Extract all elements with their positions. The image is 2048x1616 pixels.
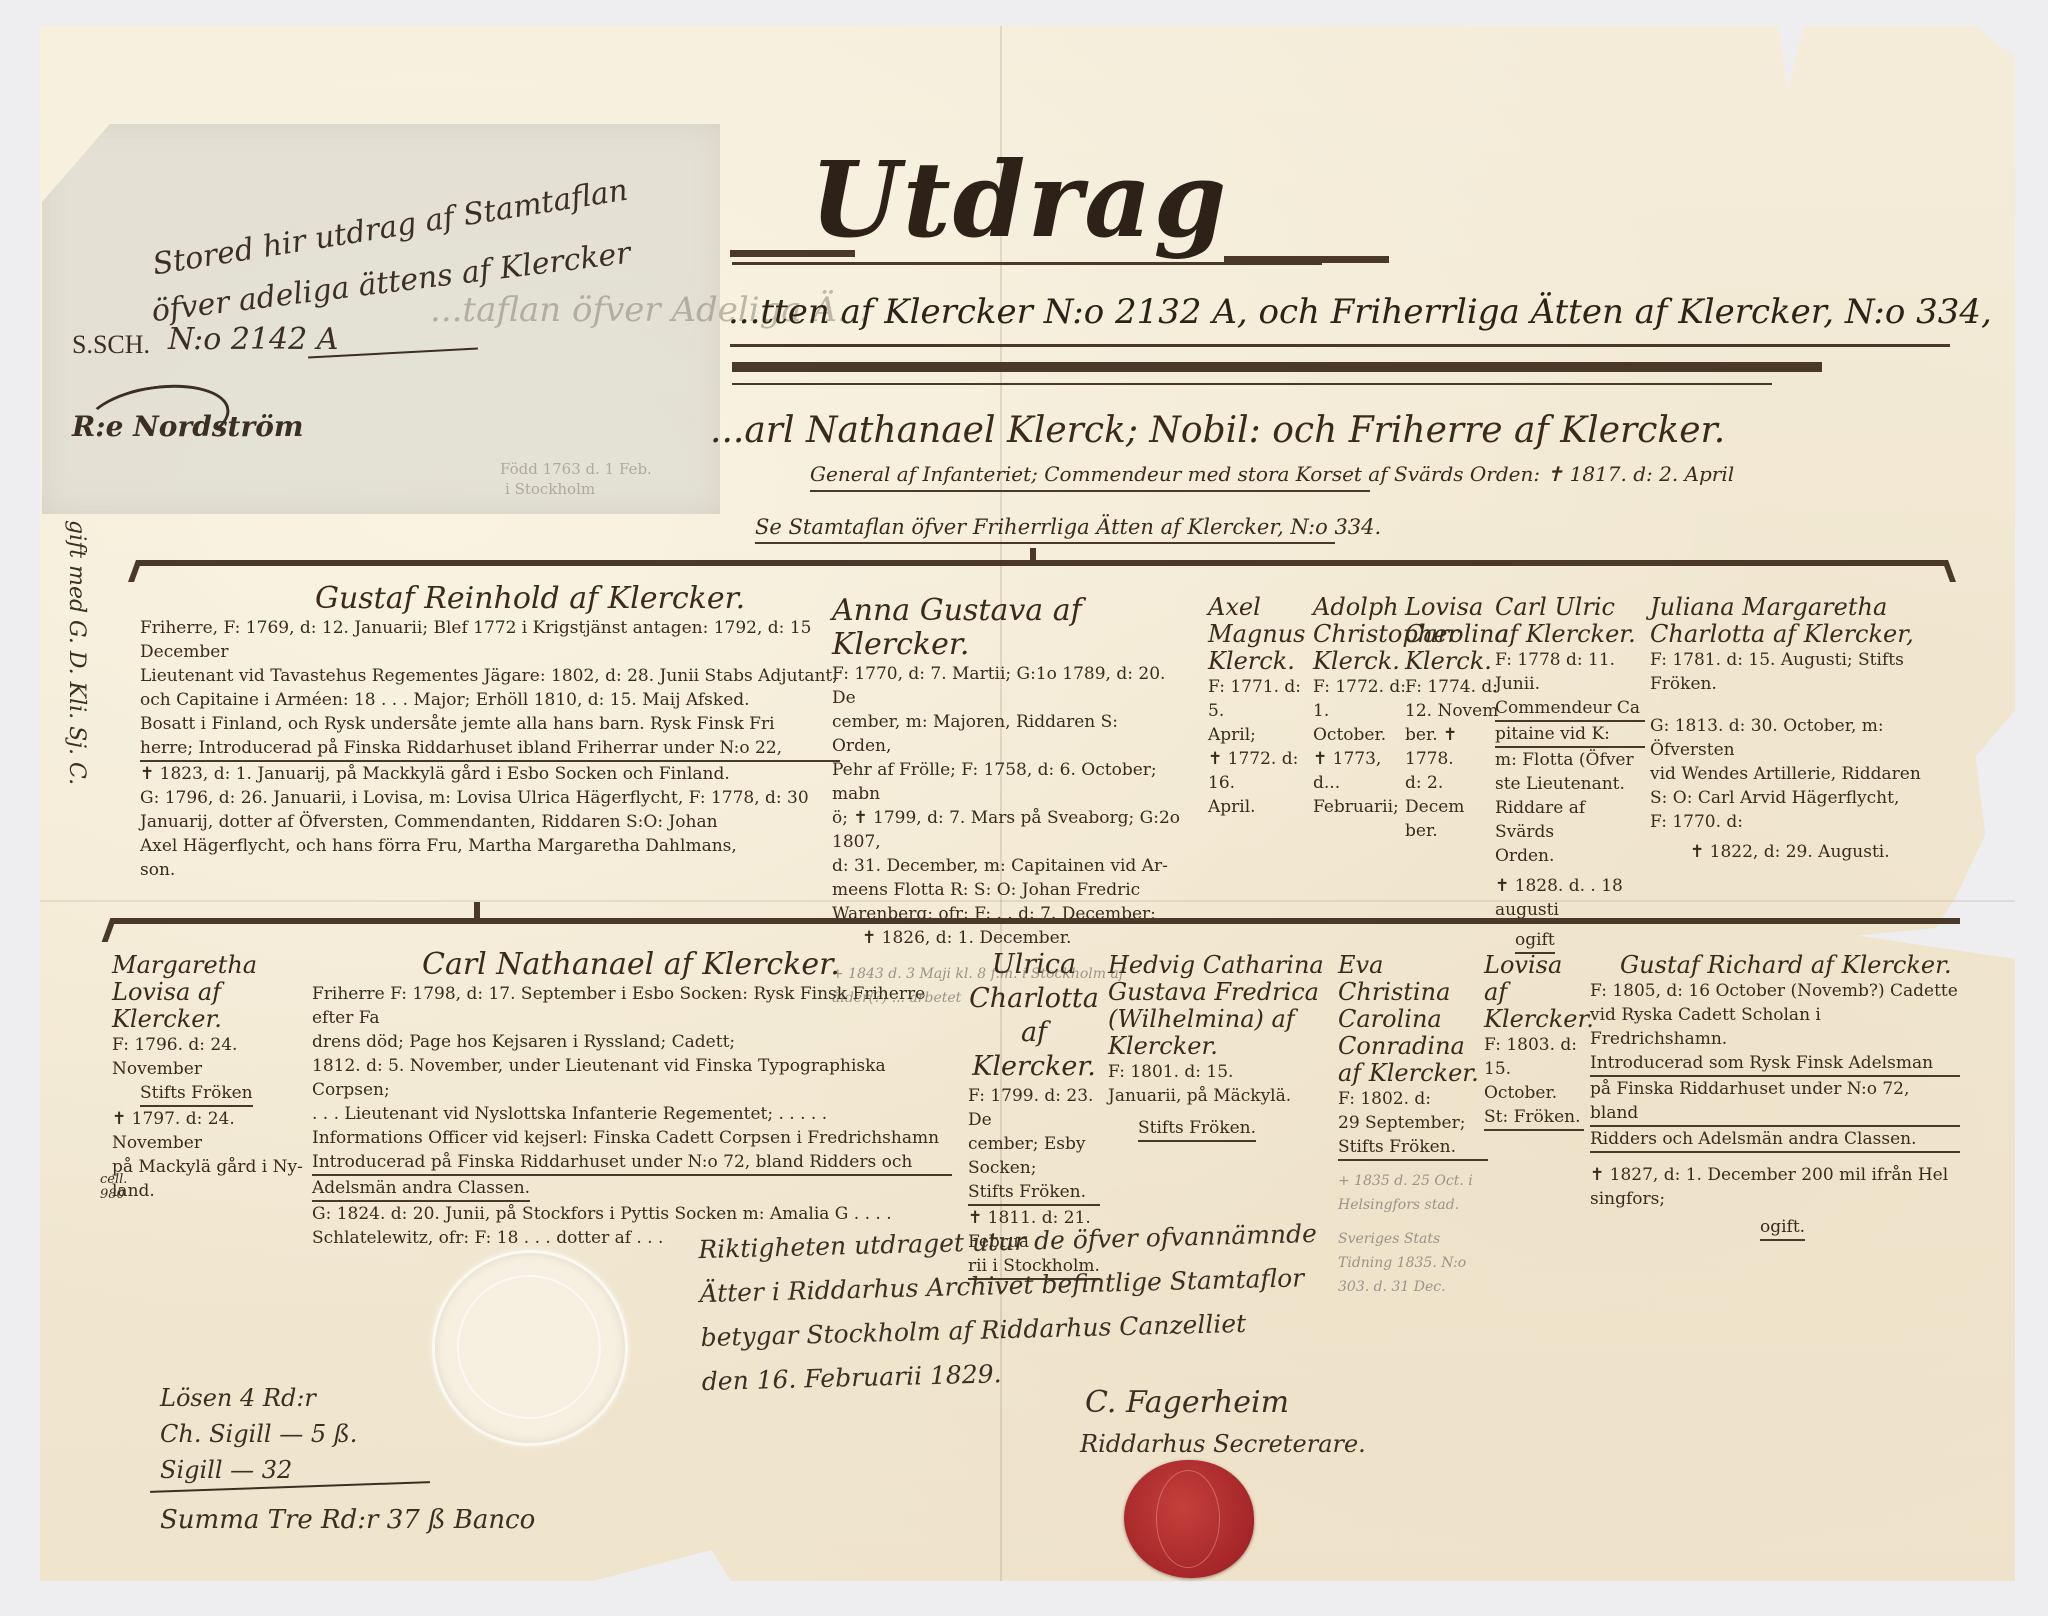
- tissue-stamp-ssch: S.SCH.: [72, 330, 150, 360]
- entry-line: ber. ✝ 1778.: [1405, 723, 1500, 771]
- entry-line: Lieutenant vid Tavastehus Regementes Jäg…: [140, 664, 840, 688]
- entry-line: Socken;: [968, 1156, 1100, 1180]
- subtitle-thin-rule: [732, 383, 1772, 385]
- entry-line: ✝ 1773, d...: [1313, 747, 1413, 795]
- entry-line: Pehr af Frölle; F: 1758, d: 6. October; …: [832, 758, 1182, 806]
- subtitle-underline: [730, 344, 1950, 347]
- fee-line: Lösen 4 Rd:r: [160, 1380, 357, 1416]
- entry-line: G: 1824. d: 20. Junii, på Stockfors i Py…: [312, 1202, 952, 1226]
- entry-line: och Capitaine i Arméen: 18 . . . Major; …: [140, 688, 840, 712]
- entry-line: Introducerad som Rysk Finsk Adelsman: [1590, 1051, 1960, 1077]
- entry-line: F: 1781. d: 15. Augusti; Stifts Fröken.: [1650, 648, 1950, 696]
- entry-line: F: 1805, d: 16 October (Novemb?) Cadette: [1590, 979, 1960, 1003]
- fees-block: Lösen 4 Rd:r Ch. Sigill — 5 ß. Sigill — …: [160, 1380, 357, 1488]
- tissue-number: N:o 2142 A: [168, 322, 338, 357]
- entry-status: ogift.: [1760, 1215, 1805, 1241]
- margin-note: gift med G. D. Kli. Sj. C.: [64, 520, 89, 785]
- gen2-bracket: [112, 918, 1960, 924]
- entry-line: vid Wendes Artillerie, Riddaren: [1650, 762, 1950, 786]
- entry-line: Friherre, F: 1769, d: 12. Januarii; Blef…: [140, 616, 840, 664]
- entry-line: d: 2. Decem: [1405, 771, 1500, 819]
- entry-line: Informations Officer vid kejserl: Finska…: [312, 1126, 952, 1150]
- entry-juliana-margaretha: Juliana Margaretha Charlotta af Klercker…: [1650, 594, 1950, 864]
- entry-line: ✝ 1772. d: 16.: [1208, 747, 1313, 795]
- entry-line: Ridders och Adelsmän andra Classen.: [1590, 1127, 1960, 1153]
- entry-line: Januarij, dotter af Öfversten, Commendan…: [140, 810, 840, 834]
- entry-name: Margaretha Lovisa af Klercker.: [112, 952, 312, 1033]
- entry-line: Axel Hägerflycht, och hans förra Fru, Ma…: [140, 834, 840, 858]
- entry-line: ✝ 1822, d: 29. Augusti.: [1650, 840, 1950, 864]
- entry-line: F: 1778 d: 11. Junii.: [1495, 648, 1645, 696]
- entry-name: Ulrica Charlotta af Klercker.: [968, 948, 1100, 1084]
- entry-line: F: 1774. d:: [1405, 675, 1500, 699]
- entry-line: 1812. d: 5. November, under Lieutenant v…: [312, 1054, 952, 1102]
- entry-line: herre; Introducerad på Finska Riddarhuse…: [140, 736, 840, 762]
- entry-adolph-christopher: Adolph Christopher Klerck. F: 1772. d: 1…: [1313, 594, 1413, 819]
- entry-line: April;: [1208, 723, 1313, 747]
- entry-line: Adelsmän andra Classen.: [312, 1176, 530, 1202]
- entry-gustaf-richard: Gustaf Richard af Klercker. F: 1805, d: …: [1590, 952, 1960, 1241]
- entry-line: 12. Novem: [1405, 699, 1500, 723]
- entry-line: son.: [140, 858, 840, 882]
- entry-name: Gustaf Reinhold af Klercker.: [140, 582, 840, 616]
- fees-total: Summa Tre Rd:r 37 ß Banco: [160, 1505, 535, 1535]
- entry-line: April.: [1208, 795, 1313, 819]
- entry-line: Riddare af Svärds: [1495, 796, 1645, 844]
- entry-line: Stifts Fröken: [140, 1081, 253, 1107]
- gen2-connector: [474, 902, 480, 918]
- entry-name: Carl Nathanael af Klercker.: [312, 948, 952, 982]
- entry-line: F: 1771. d: 5.: [1208, 675, 1313, 723]
- gen1-bracket: [138, 560, 1948, 566]
- entry-name: Axel Magnus Klerck.: [1208, 594, 1313, 675]
- entry-line: F: 1802. d:: [1338, 1087, 1488, 1111]
- entry-line: singfors;: [1590, 1187, 1960, 1211]
- entry-name: Eva Christina Carolina Conradina af Kler…: [1338, 952, 1488, 1087]
- entry-axel-magnus: Axel Magnus Klerck. F: 1771. d: 5. April…: [1208, 594, 1313, 819]
- entry-line: Commendeur Ca: [1495, 696, 1645, 722]
- entry-line: G: 1813. d: 30. October, m: Öfversten: [1650, 714, 1950, 762]
- entry-margaretha-lovisa: Margaretha Lovisa af Klercker. F: 1796. …: [112, 952, 312, 1203]
- entry-line: October.: [1484, 1081, 1584, 1105]
- entry-line: F: 1796. d: 24. November: [112, 1033, 312, 1081]
- entry-eva-christina: Eva Christina Carolina Conradina af Kler…: [1338, 952, 1488, 1299]
- entry-line: ö; ✝ 1799, d: 7. Mars på Sveaborg; G:2o …: [832, 806, 1182, 854]
- fee-line: Sigill — 32: [160, 1452, 357, 1488]
- entry-line: cember, m: Majoren, Riddaren S: Orden,: [832, 710, 1182, 758]
- entry-line: Orden.: [1495, 844, 1645, 868]
- entry-line: Januarii, på Mäckylä.: [1108, 1084, 1348, 1108]
- entry-lovisa-carolina: Lovisa Carolina Klerck. F: 1774. d: 12. …: [1405, 594, 1500, 843]
- entry-line: October.: [1313, 723, 1413, 747]
- entry-hedvig-catharina: Hedvig Catharina Gustava Fredrica (Wilhe…: [1108, 952, 1348, 1142]
- entry-line: ber.: [1405, 819, 1500, 843]
- entry-gustaf-reinhold: Gustaf Reinhold af Klercker. Friherre, F…: [140, 582, 840, 882]
- entry-line: Bosatt i Finland, och Rysk undersåte jem…: [140, 712, 840, 736]
- entry-line: F: 1799. d: 23. De: [968, 1084, 1100, 1132]
- entry-line: Stifts Fröken.: [968, 1180, 1100, 1206]
- entry-line: . . . Lieutenant vid Nyslottska Infanter…: [312, 1102, 952, 1126]
- tissue-signature-stamp: R:e Nordström: [72, 410, 304, 443]
- entry-line: G: 1796, d: 26. Januarii, i Lovisa, m: L…: [140, 786, 840, 810]
- document-title: Utdrag: [810, 138, 1228, 261]
- entry-name: Anna Gustava af Klercker.: [832, 594, 1182, 662]
- ancestor-name: ...arl Nathanael Klerck; Nobil: och Frih…: [710, 410, 1725, 451]
- entry-line: på Finska Riddarhuset under N:o 72, blan…: [1590, 1077, 1960, 1127]
- entry-line: ✝ 1826, d: 1. December.: [832, 926, 1182, 950]
- entry-line: Friherre F: 1798, d: 17. September i Esb…: [312, 982, 952, 1030]
- entry-line: F: 1772. d: 1.: [1313, 675, 1413, 723]
- tissue-faded-birth: Född 1763 d. 1 Feb.: [500, 460, 652, 478]
- entry-line: pitaine vid K:: [1495, 722, 1645, 748]
- entry-line: meens Flotta R: S: O: Johan Fredric: [832, 878, 1182, 902]
- entry-carl-nathanael: Carl Nathanael af Klercker. Friherre F: …: [312, 948, 952, 1250]
- attestation-signature: C. Fagerheim: [1085, 1385, 1289, 1420]
- entry-name: Hedvig Catharina Gustava Fredrica (Wilhe…: [1108, 952, 1348, 1060]
- entry-lovisa: Lovisa af Klercker. F: 1803. d: 15. Octo…: [1484, 952, 1584, 1131]
- ancestor-titles-underline: [810, 490, 1370, 492]
- subtitle-heavy-rule: [732, 362, 1822, 372]
- margin-small-note: cell. 980: [100, 1172, 150, 1202]
- entry-line: 29 September;: [1338, 1111, 1488, 1135]
- entry-name: Adolph Christopher Klerck.: [1313, 594, 1413, 675]
- title-rule-left: [730, 250, 855, 257]
- entry-line: Stifts Fröken.: [1338, 1135, 1488, 1161]
- entry-name: Carl Ulric af Klercker.: [1495, 594, 1645, 648]
- pencil-note: Sveriges Stats Tidning 1835. N:o 303. d.…: [1338, 1227, 1488, 1299]
- entry-line: F: 1770. d:: [1650, 810, 1950, 834]
- entry-line: F: 1770, d: 7. Martii; G:1o 1789, d: 20.…: [832, 662, 1182, 710]
- entry-line: F: 1801. d: 15.: [1108, 1060, 1348, 1084]
- entry-line: drens död; Page hos Kejsaren i Ryssland;…: [312, 1030, 952, 1054]
- entry-line: vid Ryska Cadett Scholan i Fredrichshamn…: [1590, 1003, 1960, 1051]
- red-wax-seal-icon: [1124, 1460, 1254, 1578]
- entry-name: Lovisa Carolina Klerck.: [1405, 594, 1500, 675]
- entry-name: Lovisa af Klercker.: [1484, 952, 1584, 1033]
- entry-carl-ulric: Carl Ulric af Klercker. F: 1778 d: 11. J…: [1495, 594, 1645, 954]
- entry-line: ✝ 1823, d: 1. Januarij, på Mackkylä gård…: [140, 762, 840, 786]
- entry-line: Februarii;: [1313, 795, 1413, 819]
- entry-name: Juliana Margaretha Charlotta af Klercker…: [1650, 594, 1950, 648]
- entry-line: d: 31. December, m: Capitainen vid Ar-: [832, 854, 1182, 878]
- ancestor-reference-underline: [755, 542, 1335, 544]
- entry-line: Stifts Fröken.: [1138, 1116, 1256, 1142]
- ancestor-titles: General af Infanteriet; Commendeur med s…: [810, 462, 1734, 486]
- entry-line: Introducerad på Finska Riddarhuset under…: [312, 1150, 952, 1176]
- fee-line: Ch. Sigill — 5 ß.: [160, 1416, 357, 1452]
- entry-line: ✝ 1797. d: 24. November: [112, 1107, 312, 1155]
- document-subtitle: ...tten af Klercker N:o 2132 A, och Frih…: [728, 292, 1992, 332]
- pencil-note: + 1835 d. 25 Oct. i Helsingfors stad.: [1338, 1169, 1488, 1217]
- entry-line: ste Lieutenant.: [1495, 772, 1645, 796]
- embossed-seal-icon: [432, 1250, 628, 1446]
- attestation-block: Riktigheten utdraget utur de öfver ofvan…: [698, 1212, 1321, 1404]
- attestation-signature-title: Riddarhus Secreterare.: [1080, 1430, 1366, 1458]
- entry-death: ✝ 1828. d. . 18 augusti: [1495, 874, 1645, 922]
- entry-line: ✝ 1827, d: 1. December 200 mil ifrån Hel: [1590, 1163, 1960, 1187]
- entry-line: cember; Esby: [968, 1132, 1100, 1156]
- entry-name: Gustaf Richard af Klercker.: [1590, 952, 1960, 979]
- ancestor-reference: Se Stamtaflan öfver Friherrliga Ätten af…: [755, 515, 1381, 539]
- entry-line: m: Flotta (Öfver: [1495, 748, 1645, 772]
- title-double-rule: [732, 262, 1322, 265]
- entry-line: S: O: Carl Arvid Hägerflycht,: [1650, 786, 1950, 810]
- tissue-faded-place: i Stockholm: [505, 480, 595, 498]
- entry-line: St: Fröken.: [1484, 1105, 1584, 1131]
- entry-line: F: 1803. d: 15.: [1484, 1033, 1584, 1081]
